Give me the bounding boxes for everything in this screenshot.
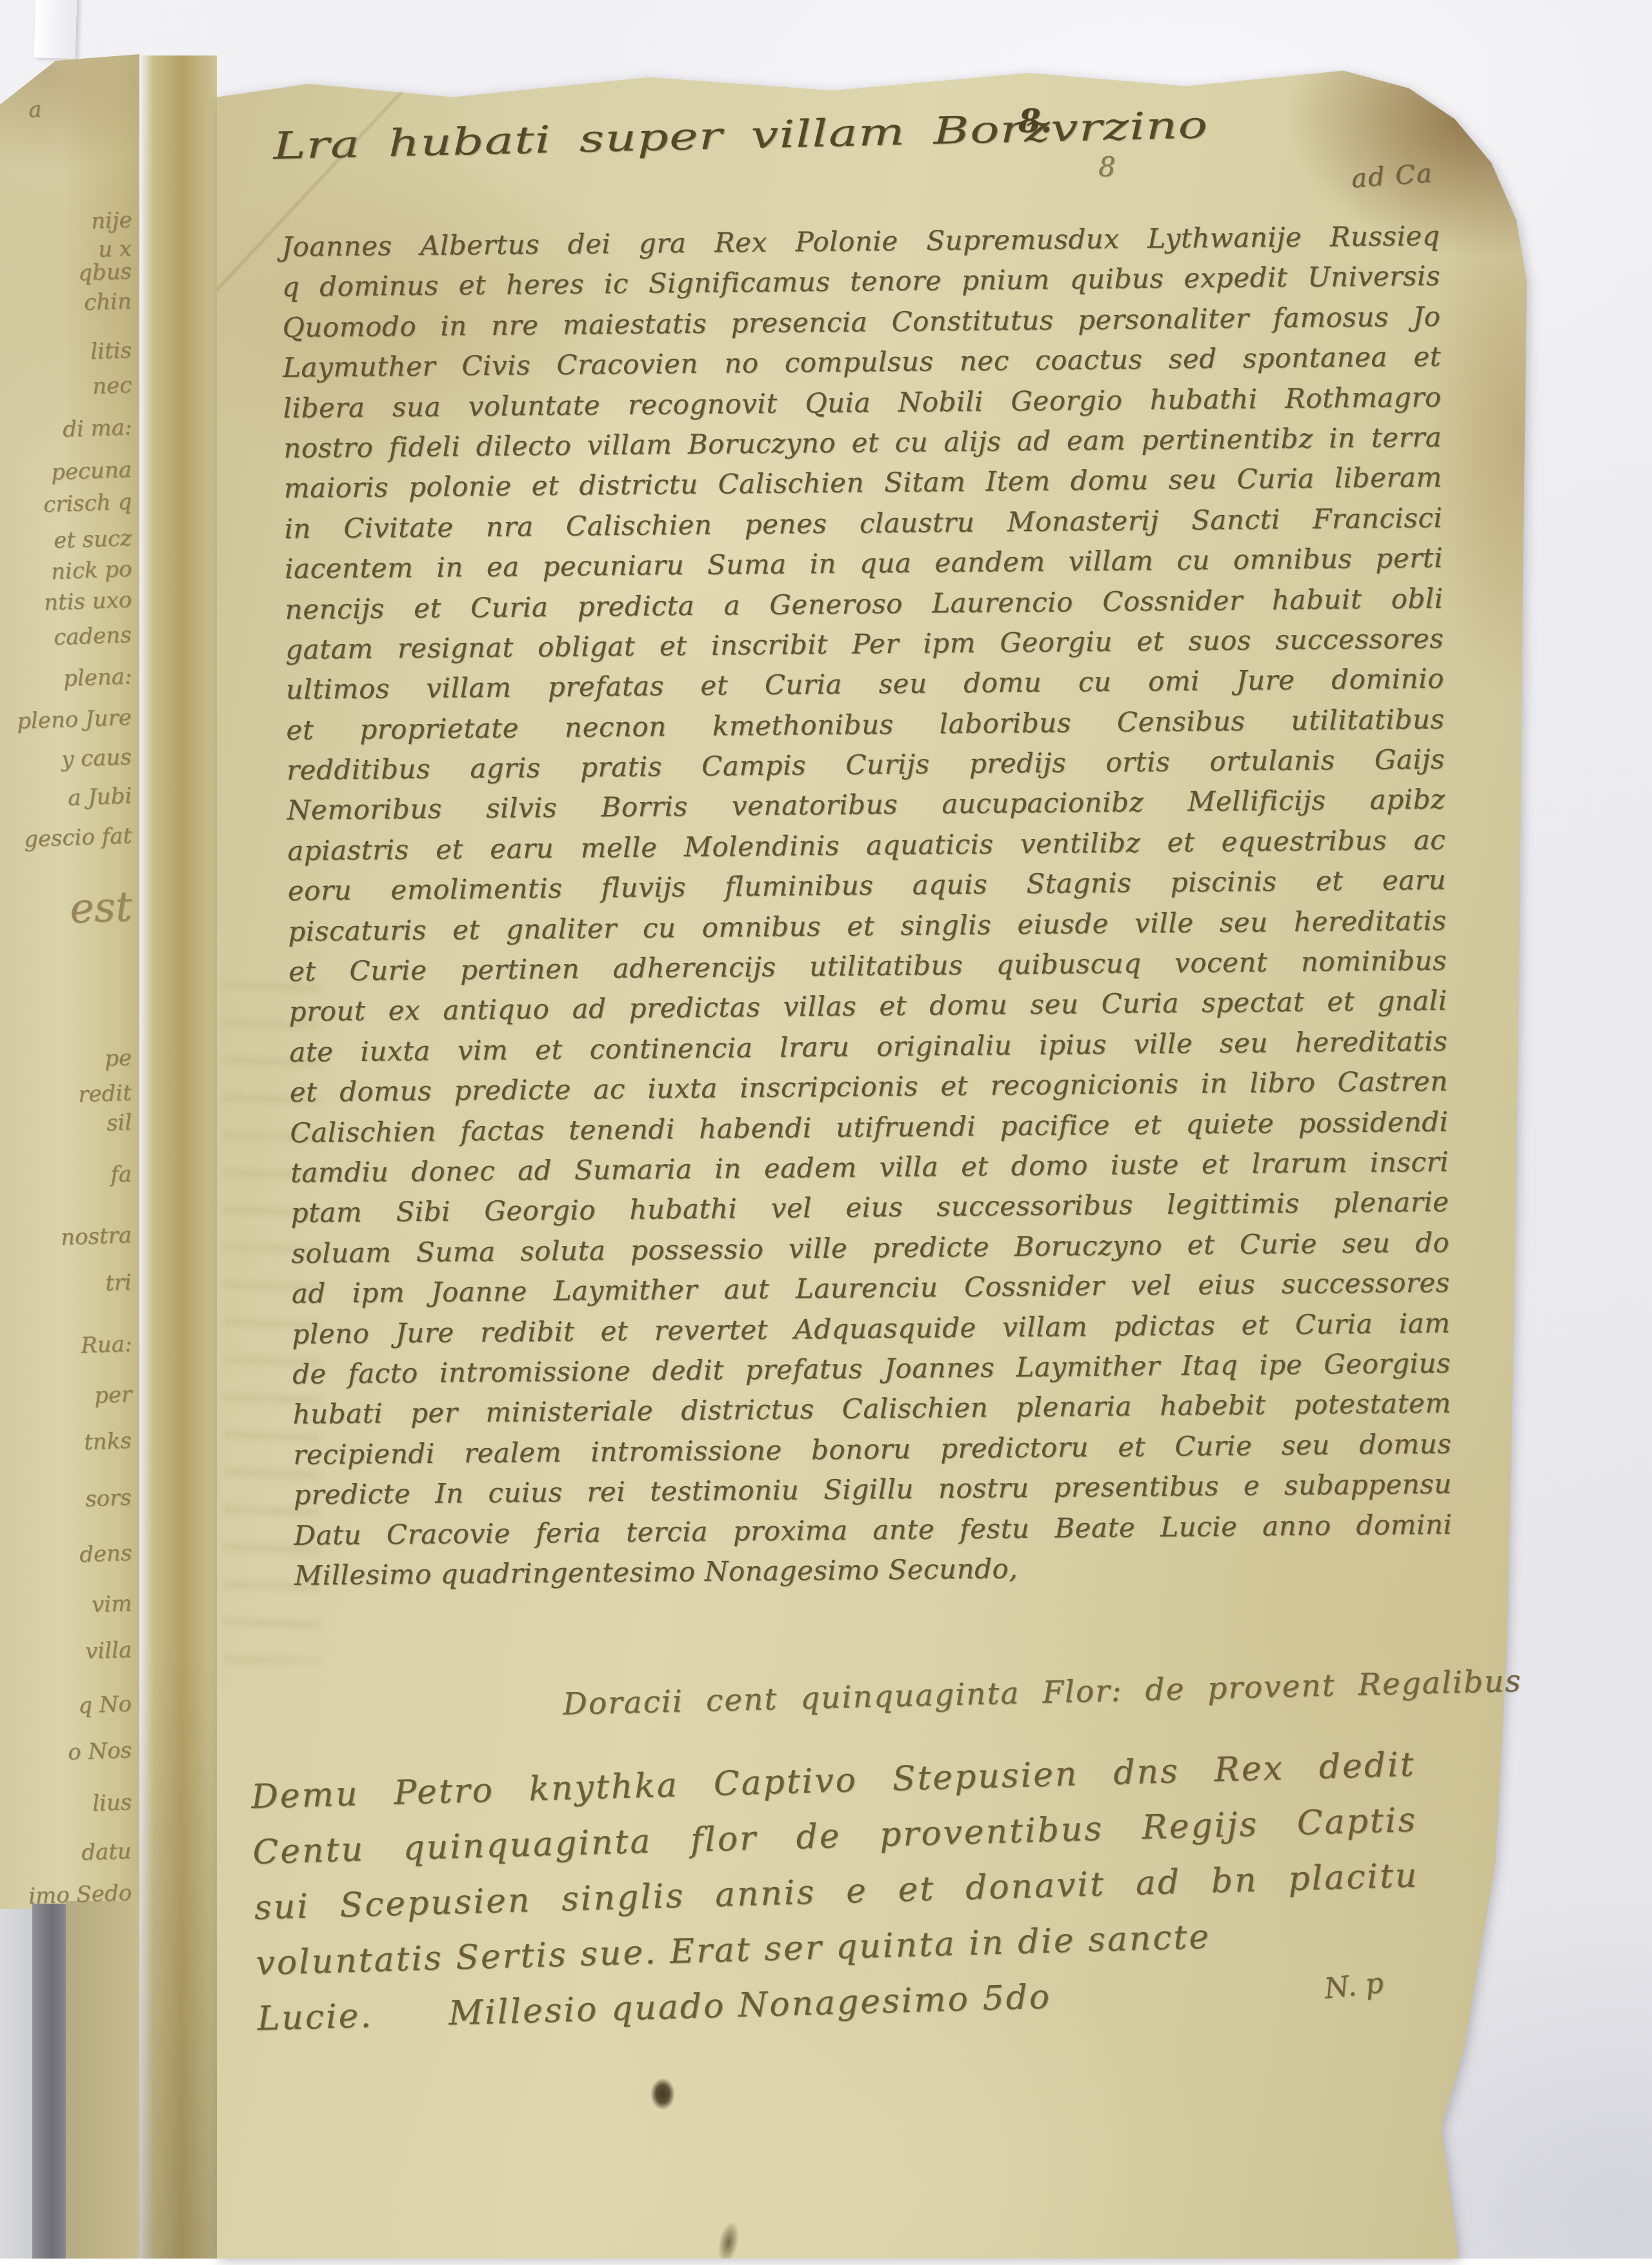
margin-fragment: litis <box>90 337 132 365</box>
margin-fragment: dens <box>79 1540 132 1568</box>
margin-fragment: qbus <box>77 259 132 287</box>
margin-fragment: vim <box>91 1591 132 1618</box>
page-header: Lra hubati super villam Borzvrzino <box>274 124 993 168</box>
margin-fragment: redit <box>78 1080 132 1108</box>
margin-fragment: villa <box>85 1637 132 1664</box>
notary-mark: N. p <box>1323 1966 1385 2005</box>
margin-fragment: plena: <box>63 663 132 692</box>
folio-number: 8 <box>1098 151 1116 183</box>
margin-fragment: nostra <box>60 1222 132 1251</box>
margin-fragment: sil <box>106 1109 132 1136</box>
margin-fragment: nije <box>90 207 132 234</box>
margin-fragment: o Nos <box>67 1737 132 1765</box>
margin-fragment: nec <box>92 372 132 399</box>
book-spine-tan <box>66 1901 139 2259</box>
ink-blot <box>714 2220 742 2259</box>
margin-fragments: anijeu xqbuschinlitisnecdi ma:pecunacris… <box>0 0 138 1936</box>
margin-fragment: datu <box>81 1838 132 1866</box>
margin-fragment: di ma: <box>62 414 132 443</box>
margin-fragment: ntis uxo <box>43 587 132 616</box>
margin-fragment: est <box>68 883 132 932</box>
corner-annotation: ad Ca <box>1351 159 1435 194</box>
margin-fragment: sors <box>85 1485 132 1512</box>
margin-fragment: lius <box>92 1789 132 1817</box>
margin-fragment: tnks <box>84 1428 132 1456</box>
margin-fragment: pe <box>104 1045 132 1071</box>
margin-fragment: et sucz <box>53 525 132 554</box>
margin-fragment: tri <box>105 1269 132 1296</box>
book-spine-light <box>0 1909 32 2259</box>
margin-fragment: Rua: <box>80 1331 132 1359</box>
binding-gutter <box>139 55 217 2259</box>
margin-fragment: fa <box>110 1161 132 1187</box>
book-spine-dark <box>32 1904 66 2259</box>
manuscript-photo: anijeu xqbuschinlitisnecdi ma:pecunacris… <box>0 0 1652 2259</box>
addendum-text: Demu Petro knythka Captivo Stepusien dns… <box>250 1737 1422 2047</box>
margin-fragment: pleno Jure <box>17 705 132 734</box>
margin-fragment: cadens <box>54 622 132 650</box>
margin-fragment: nick po <box>50 556 132 585</box>
margin-fragment: pecuna <box>50 457 132 485</box>
margin-fragment: crisch q <box>43 489 132 518</box>
margin-fragment: imo Sedo <box>28 1880 132 1909</box>
margin-fragment: a <box>28 97 42 123</box>
margin-fragment: gescio fat <box>23 823 132 852</box>
margin-fragment: per <box>94 1382 132 1409</box>
charter-text: Joannes Albertus dei gra Rex Polonie Sup… <box>281 216 1453 1596</box>
margin-fragment: q No <box>78 1691 132 1719</box>
archive-mark: 8. <box>1018 102 1052 140</box>
margin-fragment: a Jubi <box>67 783 132 810</box>
margin-fragment: chin <box>84 288 132 316</box>
ink-blot <box>650 2078 675 2110</box>
margin-fragment: y caus <box>61 744 132 772</box>
